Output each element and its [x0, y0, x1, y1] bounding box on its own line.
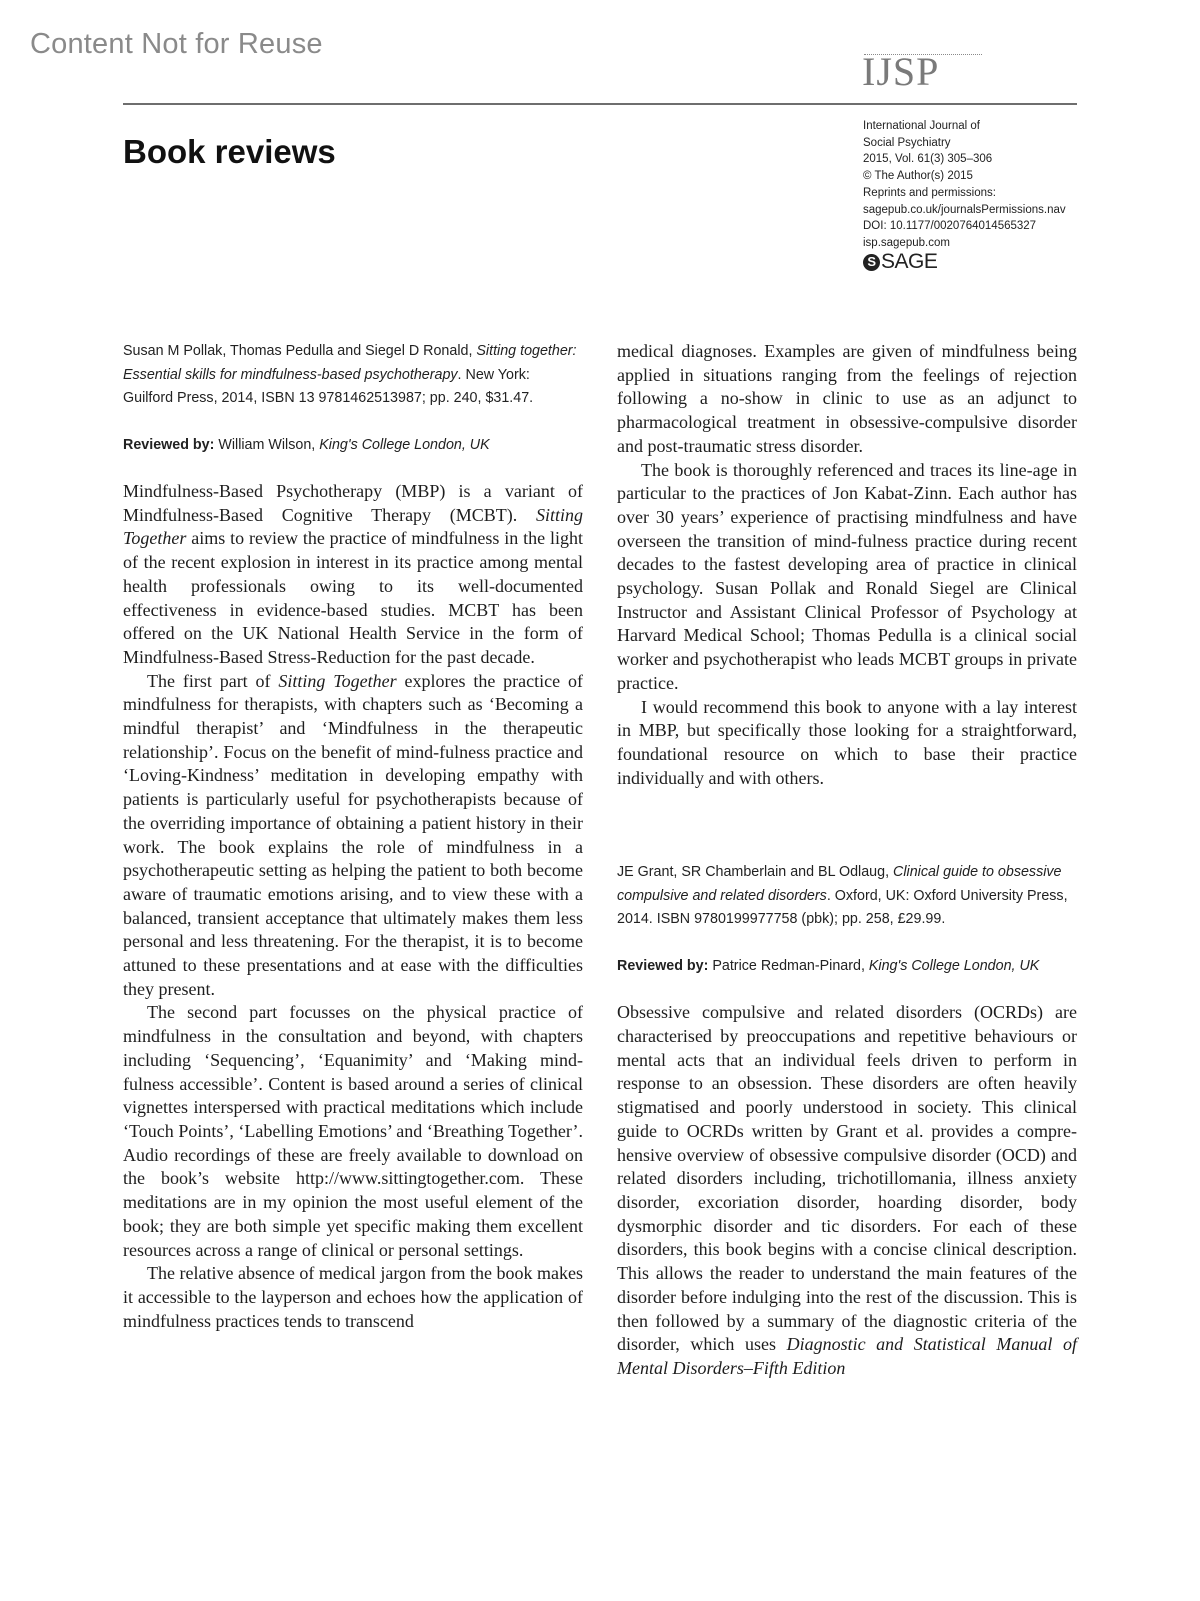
volume-info: 2015, Vol. 61(3) 305–306 — [863, 151, 1103, 168]
review-1-reviewer: Reviewed by: William Wilson, King's Coll… — [123, 434, 583, 458]
left-column: Susan M Pollak, Thomas Pedulla and Siege… — [123, 340, 583, 1333]
review-1-paragraph-4-start: The relative absence of medical jargon f… — [123, 1262, 583, 1333]
journal-logo-letters: IJSP — [862, 49, 939, 94]
journal-name-line2: Social Psychiatry — [863, 135, 1103, 152]
review-1-paragraph-5: The book is thoroughly referenced and tr… — [617, 459, 1077, 696]
journal-meta: International Journal of Social Psychiat… — [863, 118, 1103, 271]
sage-s-icon: S — [863, 254, 880, 271]
reviewer-affiliation: King's College London, UK — [869, 958, 1039, 974]
review-2-paragraph-1: Obsessive compulsive and related disorde… — [617, 1001, 1077, 1380]
citation-authors: Susan M Pollak, Thomas Pedulla and Siege… — [123, 343, 476, 359]
copyright: © The Author(s) 2015 — [863, 168, 1103, 185]
review-1-paragraph-2: The first part of Sitting Together explo… — [123, 670, 583, 1002]
review-1-paragraph-1: Mindfulness-Based Psychotherapy (MBP) is… — [123, 480, 583, 670]
paragraph-italic: Sitting Together — [278, 671, 396, 691]
reviewer-name: Patrice Redman-Pinard, — [708, 958, 869, 974]
review-1-paragraph-4-cont: medical diagnoses. Examples are given of… — [617, 340, 1077, 459]
journal-logo-text: IJSP — [862, 52, 992, 92]
journal-name-line1: International Journal of — [863, 118, 1103, 135]
paragraph-text: Mindfulness-Based Psychotherapy (MBP) is… — [123, 481, 583, 525]
doi[interactable]: DOI: 10.1177/0020764014565327 — [863, 218, 1103, 235]
review-1-paragraph-6: I would recommend this book to anyone wi… — [617, 696, 1077, 791]
reviewer-affiliation: King's College London, UK — [319, 437, 489, 453]
reviewer-name: William Wilson, — [214, 437, 319, 453]
citation-authors: JE Grant, SR Chamberlain and BL Odlaug, — [617, 864, 893, 880]
watermark-text: Content Not for Reuse — [30, 28, 323, 61]
paragraph-text: Obsessive compulsive and related disorde… — [617, 1002, 1077, 1354]
review-1-paragraph-3: The second part focusses on the physical… — [123, 1001, 583, 1262]
sage-logo: S SAGE — [863, 254, 1103, 271]
review-2-citation: JE Grant, SR Chamberlain and BL Odlaug, … — [617, 861, 1077, 932]
right-column: medical diagnoses. Examples are given of… — [617, 340, 1077, 1381]
review-1-citation: Susan M Pollak, Thomas Pedulla and Siege… — [123, 340, 583, 411]
reviewer-label: Reviewed by: — [123, 437, 214, 453]
logo-dotted-bar — [864, 54, 982, 55]
header-rule — [123, 103, 1077, 105]
reviewer-label: Reviewed by: — [617, 958, 708, 974]
reprints-link[interactable]: sagepub.co.uk/journalsPermissions.nav — [863, 202, 1103, 219]
page-title: Book reviews — [123, 133, 336, 171]
paragraph-text: The first part of — [147, 671, 278, 691]
journal-logo: IJSP — [862, 52, 992, 92]
sage-wordmark: SAGE — [881, 254, 937, 271]
review-2-reviewer: Reviewed by: Patrice Redman-Pinard, King… — [617, 955, 1077, 979]
paragraph-text: explores the practice of mindfulness for… — [123, 671, 583, 999]
reprints-label: Reprints and permissions: — [863, 185, 1103, 202]
paragraph-text: aims to review the practice of mindfulne… — [123, 528, 583, 667]
